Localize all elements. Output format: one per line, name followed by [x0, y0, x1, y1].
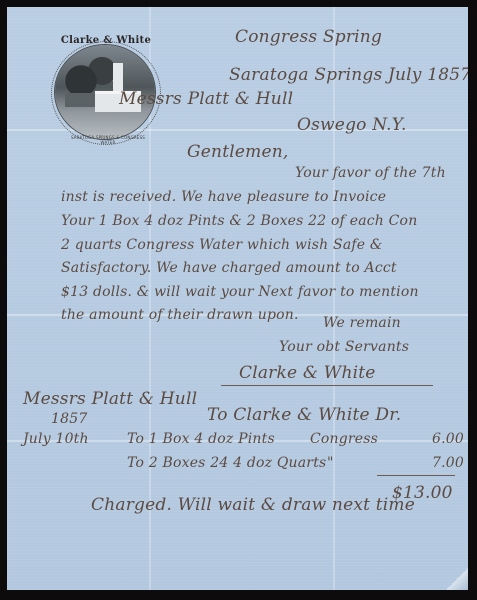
colonnade-icon — [65, 93, 97, 107]
closing: Your obt Servants — [279, 339, 409, 355]
body-line: the amount of their drawn upon. — [61, 307, 299, 323]
signature-underline — [221, 385, 433, 386]
invoice-year: 1857 — [51, 411, 87, 427]
row-date: July 10th — [23, 431, 89, 447]
addressee-line: Messrs Platt & Hull — [119, 89, 293, 109]
addressee-city: Oswego N.Y. — [297, 115, 407, 135]
row-amount: 6.00 — [432, 431, 464, 447]
letter-paper: Clarke & White SARATOGA SPRINGS & CONGRE… — [7, 7, 468, 590]
medallion-caption: SARATOGA SPRINGS & CONGRESS WATER — [63, 135, 153, 145]
place-line: Congress Spring — [235, 27, 382, 47]
body-line: 2 quarts Congress Water which wish Safe … — [61, 237, 383, 253]
row-amount: 7.00 — [432, 455, 464, 471]
invoice-from: To Clarke & White Dr. — [207, 405, 401, 425]
body-line: inst is received. We have pleasure to In… — [61, 189, 386, 205]
body-line: Your 1 Box 4 doz Pints & 2 Boxes 22 of e… — [61, 213, 417, 229]
page-corner-curl — [446, 568, 468, 590]
date-line: Saratoga Springs July 1857 — [229, 65, 468, 85]
row-description: To 1 Box 4 doz Pints — [127, 431, 275, 447]
closing: We remain — [323, 315, 401, 331]
invoice-to: Messrs Platt & Hull — [23, 389, 197, 409]
total-rule — [377, 475, 455, 476]
letterhead-vignette: Clarke & White SARATOGA SPRINGS & CONGRE… — [37, 21, 175, 141]
row-item: " — [327, 455, 334, 471]
row-description: To 2 Boxes 24 4 doz Quarts — [127, 455, 326, 471]
signature: Clarke & White — [239, 363, 376, 383]
salutation: Gentlemen, — [187, 142, 288, 162]
body-line: Satisfactory. We have charged amount to … — [61, 260, 397, 276]
body-line: Your favor of the 7th — [295, 165, 446, 181]
invoice-note: Charged. Will wait & draw next time — [91, 495, 415, 515]
body-line: $13 dolls. & will wait your Next favor t… — [61, 284, 419, 300]
row-item: Congress — [310, 431, 378, 447]
